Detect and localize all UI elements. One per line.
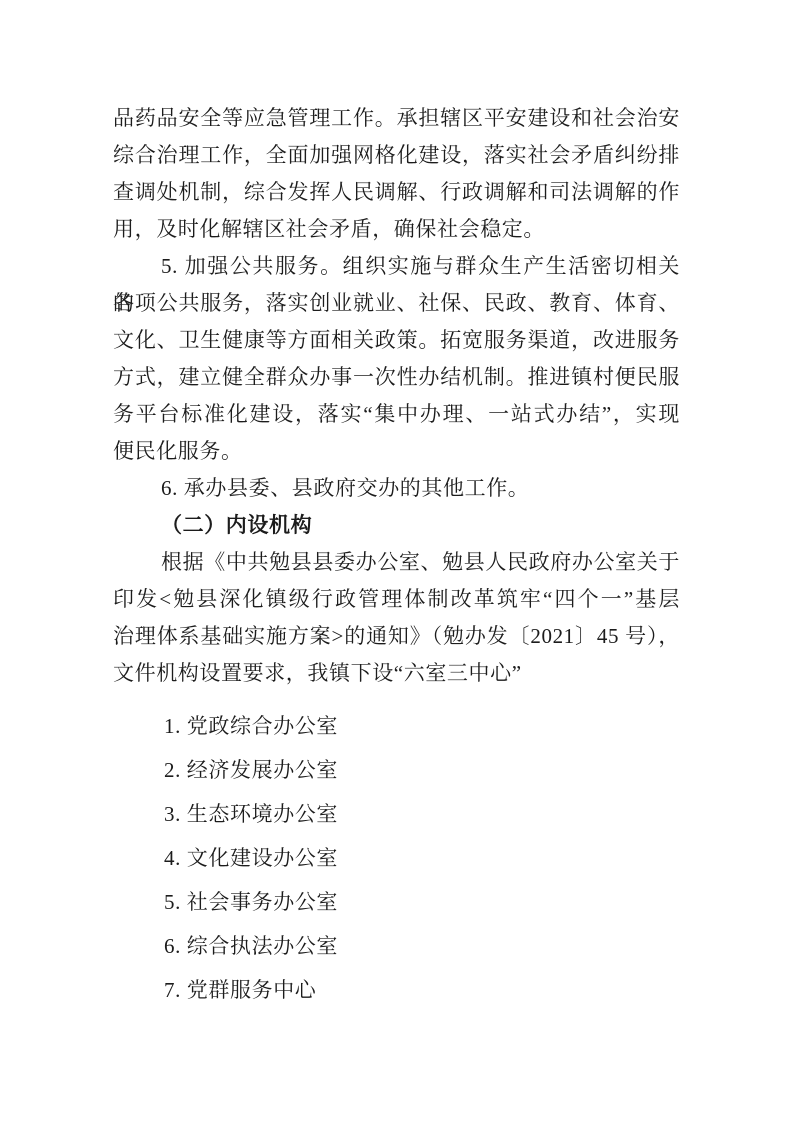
text-line: 用，及时化解辖区社会矛盾，确保社会稳定。 (113, 211, 680, 248)
document-page: 品药品安全等应急管理工作。承担辖区平安建设和社会治安综合治理工作，全面加强网格化… (0, 0, 793, 1122)
org-list-item: 1. 党政综合办公室 (113, 704, 680, 748)
text-line: 品药品安全等应急管理工作。承担辖区平安建设和社会治安 (113, 100, 680, 137)
text-line: 综合治理工作，全面加强网格化建设，落实社会矛盾纠纷排 (113, 137, 680, 174)
org-list-item: 2. 经济发展办公室 (113, 748, 680, 792)
text-line: 务平台标准化建设，落实“集中办理、一站式办结”，实现 (113, 396, 680, 433)
org-list-item: 7. 党群服务中心 (113, 968, 680, 1012)
text-line: 5. 加强公共服务。组织实施与群众生产生活密切相关的 (113, 248, 680, 285)
org-list-item: 6. 综合执法办公室 (113, 924, 680, 968)
org-list-block: 1. 党政综合办公室2. 经济发展办公室3. 生态环境办公室4. 文化建设办公室… (113, 704, 680, 1012)
text-line: 印发<勉县深化镇级行政管理体制改革筑牢“四个一”基层 (113, 581, 680, 618)
text-line: 各项公共服务，落实创业就业、社保、民政、教育、体育、 (113, 285, 680, 322)
text-line: 方式，建立健全群众办事一次性办结机制。推进镇村便民服 (113, 359, 680, 396)
text-line: 文化、卫生健康等方面相关政策。拓宽服务渠道，改进服务 (113, 322, 680, 359)
text-line: 根据《中共勉县县委办公室、勉县人民政府办公室关于 (113, 544, 680, 581)
text-line: 6. 承办县委、县政府交办的其他工作。 (113, 470, 680, 507)
text-line: 文件机构设置要求，我镇下设“六室三中心” (113, 655, 680, 692)
org-list-item: 5. 社会事务办公室 (113, 880, 680, 924)
org-list-item: 3. 生态环境办公室 (113, 792, 680, 836)
text-line: 便民化服务。 (113, 433, 680, 470)
org-list-item: 4. 文化建设办公室 (113, 836, 680, 880)
paragraph-block: 品药品安全等应急管理工作。承担辖区平安建设和社会治安综合治理工作，全面加强网格化… (113, 100, 680, 692)
section-heading: （二）内设机构 (113, 507, 680, 544)
text-line: 查调处机制，综合发挥人民调解、行政调解和司法调解的作 (113, 174, 680, 211)
text-line: 治理体系基础实施方案>的通知》（勉办发〔2021〕45 号）， (113, 618, 680, 655)
